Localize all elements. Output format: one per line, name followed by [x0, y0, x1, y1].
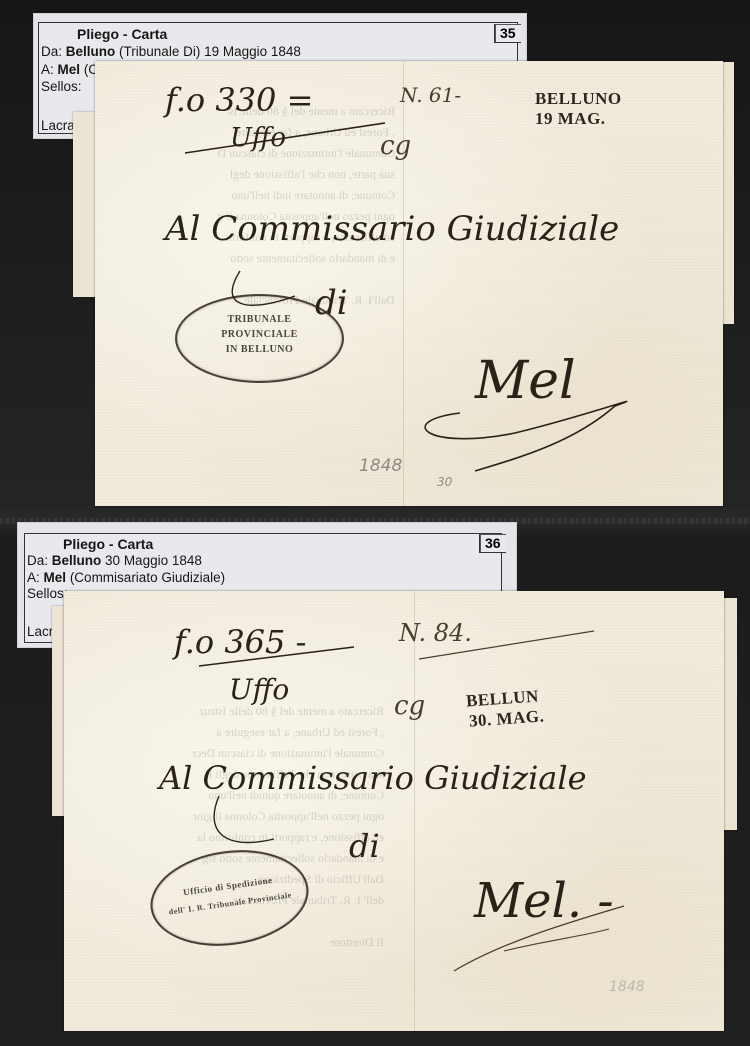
- label-title: Pliego - Carta: [77, 26, 167, 42]
- label-title: Pliego - Carta: [63, 536, 153, 552]
- lot-number: 35: [494, 24, 521, 43]
- from-detail: 30 Maggio 1848: [105, 553, 202, 568]
- label-stamps: Sellos:: [41, 79, 82, 95]
- lot-number: 36: [479, 534, 506, 553]
- from-detail: (Tribunale Di) 19 Maggio 1848: [119, 44, 301, 59]
- pen-strokes: [64, 591, 724, 1031]
- label-from: Da: Belluno 30 Maggio 1848: [27, 553, 202, 569]
- from-city: Belluno: [52, 553, 102, 568]
- to-detail: (Commisariato Giudiziale): [70, 570, 225, 585]
- label-stamps: Sellos:: [27, 586, 68, 602]
- label-to: A: Mel (C: [41, 62, 98, 78]
- from-city: Belluno: [66, 44, 116, 59]
- label-to: A: Mel (Commisariato Giudiziale): [27, 570, 225, 586]
- to-city: Mel: [58, 62, 81, 77]
- cover-36: Ricercato a mente del § 80 delle Istruz …: [64, 591, 724, 1031]
- cover-35: Ricercato a mente del § 80 delle Is , Fo…: [95, 61, 723, 506]
- label-from: Da: Belluno (Tribunale Di) 19 Maggio 184…: [41, 44, 301, 60]
- pen-strokes: [95, 61, 723, 506]
- to-city: Mel: [44, 570, 67, 585]
